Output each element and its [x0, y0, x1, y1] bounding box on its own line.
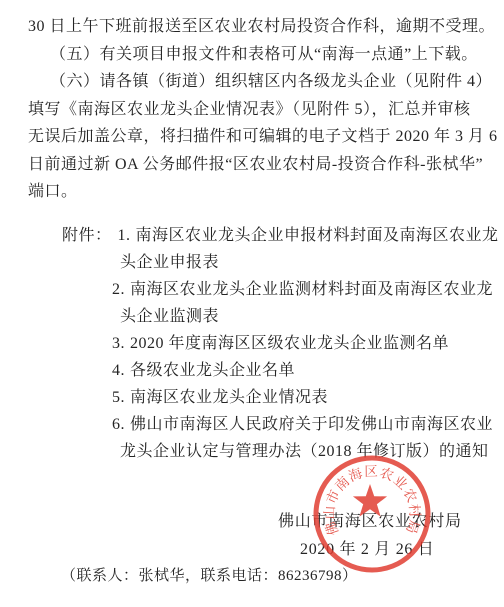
attachments-list: 附件：1.南海区农业龙头企业申报材料封面及南海区农业龙 头企业申报表 2.南海区… — [28, 222, 499, 465]
attachment-item-6: 6.佛山市南海区人民政府关于印发佛山市南海区农业 — [28, 411, 499, 438]
body-line-2: （五）有关项目申报文件和表格可从“南海一点通”上下载。 — [28, 41, 498, 69]
seal-star-icon — [353, 484, 387, 517]
attachment-text: 南海区农业龙头企业情况表 — [130, 389, 328, 406]
attachment-text: 佛山市南海区人民政府关于印发佛山市南海区农业 — [130, 416, 493, 433]
attachment-item-2-cont: 头企业监测表 — [28, 303, 499, 330]
body-line-4: 填写《南海区农业龙头企业情况表》（见附件 5），汇总并审核 — [28, 96, 498, 124]
attachment-text: 南海区农业龙头企业申报材料封面及南海区农业龙 — [136, 227, 499, 244]
attachment-number: 2. — [112, 281, 125, 298]
body-line-1: 30 日上午下班前报送至区农业农村局投资合作科，逾期不受理。 — [28, 13, 498, 41]
attachment-number: 4. — [112, 362, 125, 379]
attachment-item-3: 3.2020 年度南海区区级农业龙头企业监测名单 — [28, 330, 499, 357]
body-paragraphs: 30 日上午下班前报送至区农业农村局投资合作科，逾期不受理。 （五）有关项目申报… — [28, 13, 498, 206]
attachment-number: 5. — [112, 389, 125, 406]
attachment-text: 各级农业龙头企业名单 — [130, 362, 295, 379]
body-line-5: 无误后加盖公章，将扫描件和可编辑的电子文档于 2020 年 3 月 6 — [28, 123, 498, 151]
body-line-7: 端口。 — [28, 178, 498, 206]
attachment-item-2: 2.南海区农业龙头企业监测材料封面及南海区农业龙 — [28, 276, 499, 303]
body-line-6: 日前通过新 OA 公务邮件报“区农业农村局-投资合作科-张栻华” — [28, 151, 498, 179]
official-seal: 佛山市南海区农业农村局 — [312, 454, 432, 574]
attachment-text: 南海区农业龙头企业监测材料封面及南海区农业龙 — [130, 281, 493, 298]
attachment-number: 1. — [118, 227, 131, 244]
attachment-item-1-cont: 头企业申报表 — [28, 249, 499, 276]
attachment-item-1: 附件：1.南海区农业龙头企业申报材料封面及南海区农业龙 — [28, 222, 499, 249]
attachments-label: 附件： — [62, 227, 112, 244]
attachment-number: 6. — [112, 416, 125, 433]
attachment-text: 2020 年度南海区区级农业龙头企业监测名单 — [130, 335, 449, 352]
body-line-3: （六）请各镇（街道）组织辖区内各级龙头企业（见附件 4） — [28, 68, 498, 96]
attachment-item-4: 4.各级农业龙头企业名单 — [28, 357, 499, 384]
attachment-item-5: 5.南海区农业龙头企业情况表 — [28, 384, 499, 411]
attachment-number: 3. — [112, 335, 125, 352]
document-page: 30 日上午下班前报送至区农业农村局投资合作科，逾期不受理。 （五）有关项目申报… — [0, 0, 504, 607]
